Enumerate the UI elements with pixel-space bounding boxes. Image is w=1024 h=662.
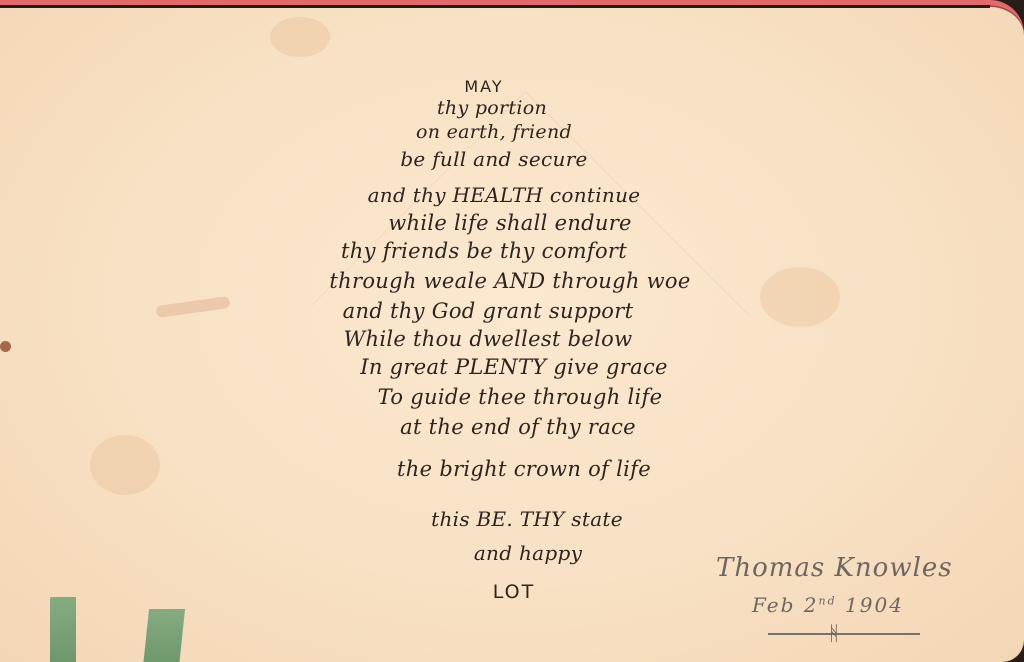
poem-line: on earth, friend	[416, 121, 572, 143]
signature-flourish-icon: ᚻ	[828, 621, 840, 645]
date-ordinal: nd	[819, 594, 837, 607]
green-crayon-mark	[50, 597, 76, 662]
poem-line: To guide thee through life	[378, 385, 663, 409]
signature-name: Thomas Knowles	[716, 553, 953, 583]
poem-line: through weale AND through woe	[329, 269, 690, 293]
poem-line: and thy HEALTH continue	[368, 183, 641, 207]
poem-line: while life shall endure	[388, 211, 632, 235]
poem-line: In great PLENTY give grace	[360, 355, 667, 379]
poem-line: be full and secure	[400, 147, 587, 171]
poem-line: thy friends be thy comfort	[341, 239, 627, 263]
poem-line: thy portion	[437, 97, 547, 119]
poem-line: MAY	[464, 77, 503, 96]
album-page: MAY thy portion on earth, friend be full…	[0, 0, 1024, 662]
date-year: 1904	[845, 593, 904, 617]
poem-line: LOT	[493, 581, 535, 603]
poem-line: While thou dwellest below	[344, 327, 633, 351]
signature-underline	[768, 633, 920, 635]
date-day: Feb 2	[752, 593, 819, 617]
poem-line: at the end of thy race	[400, 415, 636, 439]
signature-date: Feb 2nd 1904	[752, 593, 904, 617]
poem-line: and happy	[474, 541, 582, 565]
green-crayon-mark	[143, 609, 185, 662]
poem-line: the bright crown of life	[397, 457, 651, 481]
poem-line: and thy God grant support	[343, 299, 634, 323]
poem-line: this BE. THY state	[431, 507, 623, 531]
